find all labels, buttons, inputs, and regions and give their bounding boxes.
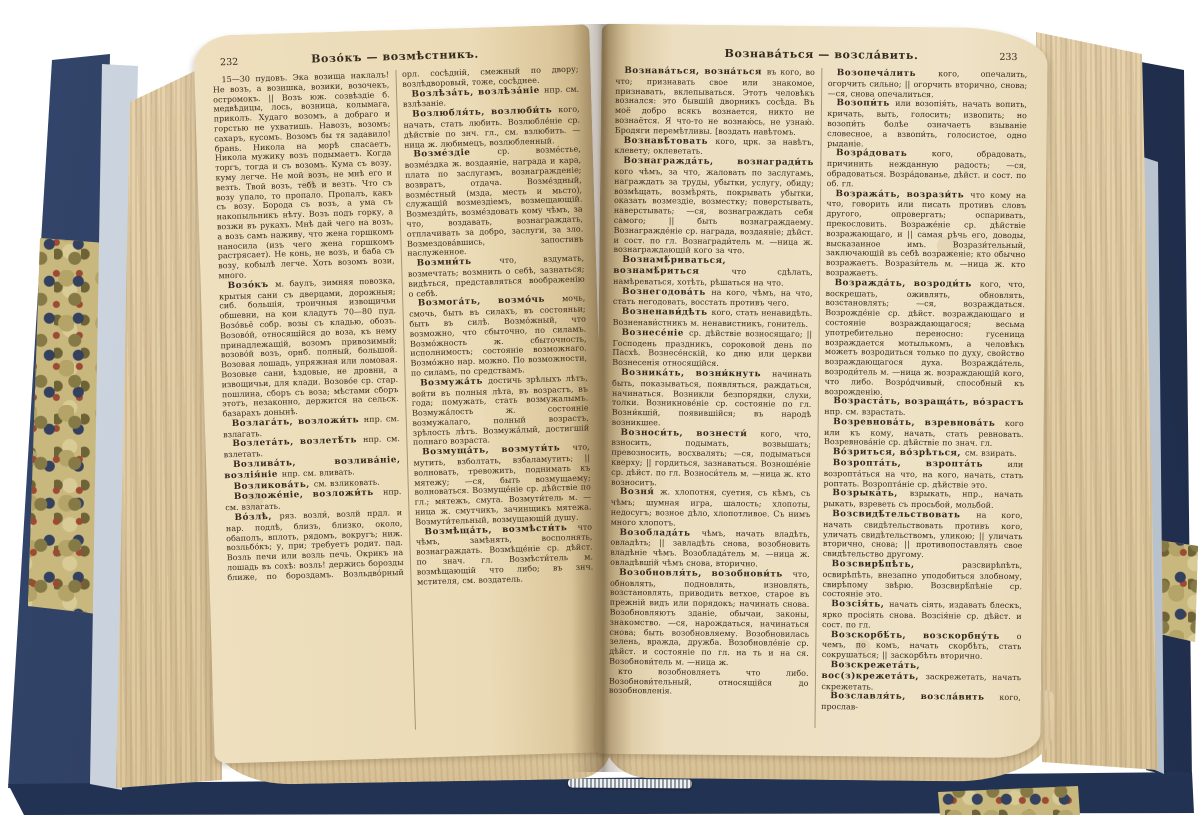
dictionary-entry: кто возобновляетъ что либо. Возобнови́те… (609, 667, 809, 698)
running-head-left: Возо́къ — возмѣстникъ. (311, 48, 479, 66)
page-number-left: 232 (212, 55, 311, 69)
dictionary-entry: Возме́здіе ср. возме́стье, возме́здка ж.… (404, 145, 584, 259)
dictionary-entry: Возсвидѣ́тельствовать на кого, начать св… (823, 509, 1023, 561)
page-number-right: 233 (918, 51, 1027, 63)
dictionary-entry: Вознавѣ́товать кого, црк. за навѣтъ, кле… (614, 135, 814, 158)
entry-headword: Возражда́ть, возроди́ть (835, 278, 980, 290)
running-head-right: Вознава́ться — возсла́вить. (725, 47, 919, 62)
spine-headband-stitching (568, 779, 692, 789)
book-photograph: { "book": { "left_page": { "page_number"… (0, 0, 1200, 815)
dictionary-entry: Возобновля́ть, возобнови́ть что, обновля… (609, 568, 810, 669)
dictionary-entry: Возсвирѣ́пѣть, разсвирѣпѣть, освирѣпѣть,… (822, 559, 1022, 601)
left-page: 232 Возо́къ — возмѣстникъ. 15—30 пудовъ.… (193, 24, 610, 763)
dictionary-entry: Вознава́ться, возна́ться въ кого, во что… (615, 66, 815, 138)
dictionary-entry: Возра́довать кого, обрадовать, причинить… (827, 148, 1027, 190)
dictionary-entry: Возненави́дѣть кого, стать ненавидѣть. В… (613, 307, 813, 330)
dictionary-entry: Возмужа́ть достичь зрѣлыхъ лѣтъ, войти в… (411, 373, 589, 448)
dictionary-entry: Возскрежета́ть, вос(з)крежета́ть, заскре… (821, 660, 1021, 693)
entry-headword: Во́зриться, во́зрѣться, (833, 447, 965, 458)
entry-headword: Возсія́ть, (831, 599, 889, 610)
dictionary-entry: 15—30 пудовъ. Эка возища наклалъ! Не воз… (212, 70, 395, 281)
entry-headword: Вознава́ться, возна́ться (624, 66, 767, 77)
entry-headword: Возславля́ть, возсла́вить (830, 692, 999, 704)
dictionary-entry: Возноси́ть, вознести́ кого, что, взносит… (611, 427, 811, 489)
entry-headword: Возненави́дѣть (622, 307, 712, 318)
dictionary-entry: Вознагражда́ть, вознагради́ть кого чѣмъ,… (613, 156, 814, 257)
entry-headword: Вознавѣ́товать (624, 135, 716, 146)
entry-headword: Возобновля́ть, возобнови́ть (619, 568, 793, 580)
dictionary-entry: Возропта́ть, взропта́ть или возропта́тьс… (823, 458, 1023, 490)
dictionary-entry: Возславля́ть, возсла́вить кого, прослав- (821, 691, 1021, 714)
dictionary-entry: Возревнова́ть, взревнова́ть кого или къ … (824, 417, 1024, 449)
entry-headword: Возоблада́ть (619, 528, 701, 539)
dictionary-entry: Возо́къ м. баулъ, зимняя повозка, крытыя… (219, 276, 400, 419)
entry-headword: Вознамѣ́риваться, вознамѣ́риться (613, 255, 731, 277)
left-page-columns: 15—30 пудовъ. Эка возища наклалъ! Не воз… (212, 65, 597, 736)
entry-headword: Возмни́ть (416, 256, 499, 268)
entry-headword: Вознесе́ніе (622, 328, 690, 339)
right-page-column-1: Вознава́ться, возна́ться въ кого, во что… (609, 66, 815, 669)
right-page-columns: Вознава́ться, возна́ться въ кого, во что… (608, 66, 1027, 730)
entry-headword: Возника́ть, возни́кнуть (621, 368, 772, 380)
dictionary-entry: Возника́ть, возни́кнуть начинать быть, п… (612, 368, 812, 430)
entry-headword: Возскрежета́ть, вос(з)крежета́ть, (821, 660, 925, 682)
entry-headword: Возопи́ть (836, 99, 895, 110)
entry-headword: Возмужа́ть (420, 376, 488, 388)
entry-headword: Возсвирѣ́пѣть, (832, 559, 963, 570)
dictionary-entry: Вознамѣ́риваться, вознамѣ́риться что сдѣ… (613, 255, 813, 288)
entry-headword: Возража́ть, возрази́ть (836, 189, 971, 200)
entry-headword: Возропта́ть, взропта́ть (833, 458, 1008, 470)
dictionary-entry: Вознесе́ніе ср. дѣйствіе возносящаго; ||… (612, 328, 812, 370)
dictionary-entry: Возсія́ть, начать сіять, издавать блескъ… (822, 599, 1022, 631)
dictionary-entry: Возраста́ть, возраща́ть, во́зрастъ нпр. … (824, 396, 1024, 419)
left-page-header: 232 Возо́къ — возмѣстникъ. (212, 45, 578, 69)
entry-headword: Во́злѣ, (234, 512, 279, 523)
entry-headword: Возня́ (620, 487, 660, 497)
entry-headword: Возскорбѣ́ть, возскорбну́ть (831, 630, 1017, 642)
right-page: Вознава́ться — возсла́вить. 233 Вознава́… (594, 24, 1048, 759)
entry-headword: Вознагражда́ть, вознагради́ть (623, 156, 814, 168)
right-page-header: Вознава́ться — возсла́вить. 233 (615, 46, 1027, 63)
left-page-column-2: Возлѣза́ть, возлѣза́ніе нпр. см. взлѣзан… (402, 84, 593, 587)
dictionary-entry: Возопи́ть или возопія́ть, начать вопить,… (827, 98, 1027, 150)
dictionary-entry: Возмни́ть что, вздумать, возмечтать; воз… (407, 254, 585, 299)
entry-headword: Возме́здіе (413, 147, 497, 159)
entry-headword: Возревнова́ть, взревнова́ть (833, 417, 1005, 429)
entry-headword: Возраста́ть, возраща́ть, во́зрастъ (833, 396, 1024, 408)
dictionary-entry: Возмога́ть, возмо́чь мочь, смочь, быть в… (409, 294, 588, 379)
dictionary-entry: Возскорбѣ́ть, возскорбну́ть о чемъ, по к… (822, 630, 1022, 662)
entry-headword: Возрыка́ть, (832, 489, 909, 500)
entry-headword: Возлета́ть, возлетѣ́ть (232, 436, 363, 450)
dictionary-entry: Возоблада́ть чѣмъ, начать владѣть, овлад… (610, 527, 810, 569)
entry-headword: Возра́довать (836, 149, 932, 160)
dictionary-entry: Возопеча́лить кого, опечалить, огорчить … (828, 68, 1028, 100)
entry-headword: Возсвидѣ́тельствовать (832, 509, 976, 521)
dictionary-entry: Возрыка́ть, взрыкать, нпр., начать рыкат… (823, 489, 1023, 512)
dictionary-entry: Вознегодова́ть на кого, чѣмъ, на что, ст… (613, 286, 813, 309)
dictionary-entry: Возня́ ж. хлопотня, суетня, съ кѣмъ, съ … (611, 487, 811, 529)
dictionary-entry: Возража́ть, возрази́ть что кому на что, … (826, 189, 1026, 280)
dictionary-entry: Возмуща́ть, возмути́ть что, мутить, взбо… (413, 443, 592, 528)
entry-headword: Возо́къ (228, 279, 276, 290)
entry-headword: Возопеча́лить (837, 68, 938, 79)
dictionary-entry: Возмѣща́ть, возмѣсти́ть что чѣмъ, замѣня… (415, 522, 593, 587)
entry-headword: Вознегодова́ть (622, 286, 711, 297)
entry-headword: Возноси́ть, вознести́ (621, 428, 761, 439)
dictionary-entry: Возлюбля́ть, возлюби́ть кого, начать, ст… (403, 105, 581, 150)
dictionary-entry: Возражда́ть, возроди́ть кого, что, воскр… (824, 278, 1025, 399)
